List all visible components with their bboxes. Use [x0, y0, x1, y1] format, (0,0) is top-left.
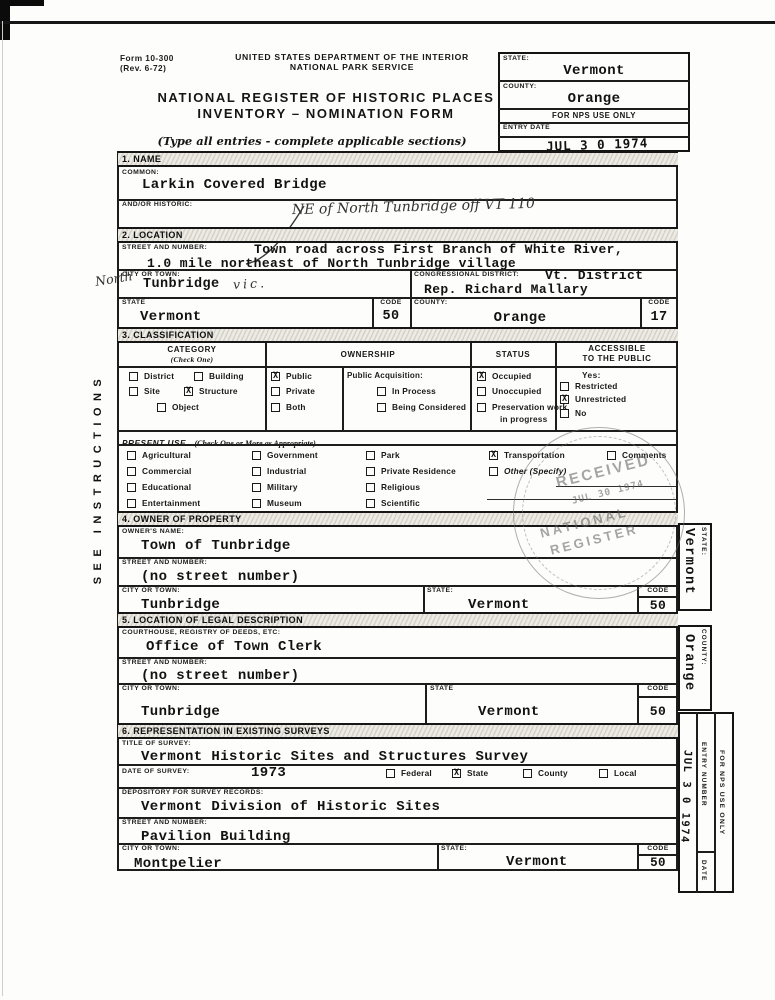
state-label: STATE — [430, 685, 454, 692]
checkbox — [366, 483, 375, 492]
city-handwritten-suffix: vic. — [233, 275, 268, 292]
rule-line — [637, 843, 639, 870]
nps-use-only-label: FOR NPS USE ONLY — [552, 111, 636, 120]
rule-line — [714, 712, 716, 893]
street-label: STREET AND NUMBER: — [122, 659, 207, 666]
rule-line — [425, 683, 427, 723]
code-label: CODE — [648, 299, 669, 306]
preservation-work-line2: in progress — [500, 414, 547, 424]
rule-line — [640, 297, 642, 327]
state-value: Vermont — [468, 597, 530, 613]
checkbox-being-considered: Being Considered — [377, 402, 466, 412]
checkbox: X — [452, 769, 461, 778]
district-value-line2: Rep. Richard Mallary — [424, 282, 588, 297]
owner-name-label: OWNER'S NAME: — [122, 528, 184, 535]
checkbox-religious: Religious — [366, 482, 420, 492]
rule-line — [696, 712, 698, 893]
checkbox-museum: Museum — [252, 498, 302, 508]
checkbox-site: Site — [129, 386, 160, 396]
rule-line — [265, 343, 267, 430]
city-value: Montpelier — [134, 856, 222, 872]
rule-line — [555, 343, 557, 430]
checkbox-county: County — [523, 768, 568, 778]
congressional-district-label: CONGRESSIONAL DISTRICT: — [414, 271, 519, 278]
rule-line — [372, 297, 374, 327]
city-label: CITY OR TOWN: — [122, 845, 180, 852]
checkbox-object: Object — [157, 402, 199, 412]
checkbox-park: Park — [366, 450, 400, 460]
section3-bar: 3. CLASSIFICATION — [118, 327, 678, 343]
category-header: CATEGORY — [167, 345, 216, 354]
checkbox: X — [560, 395, 569, 404]
section5-bar: 5. LOCATION OF LEGAL DESCRIPTION — [118, 612, 678, 628]
received-stamp: RECEIVED JUL 30 1974 NATIONAL REGISTER — [513, 427, 685, 599]
checkbox — [560, 382, 569, 391]
checkbox-military: Military — [252, 482, 298, 492]
status-header: STATUS — [496, 350, 530, 359]
scan-left-line — [2, 21, 3, 996]
access-yes-label: Yes: — [582, 370, 601, 380]
rule-line — [118, 683, 678, 685]
form-number: Form 10-300 — [120, 53, 174, 63]
code-value: 50 — [650, 598, 666, 613]
checkbox-district: District — [129, 371, 174, 381]
city-value: Tunbridge — [141, 597, 220, 613]
checkbox-private-residence: Private Residence — [366, 466, 456, 476]
accessible-header-line1: ACCESSIBLE — [588, 344, 646, 353]
city-handwritten-prefix: North — [94, 268, 133, 289]
state-value: Vermont — [506, 854, 568, 870]
checkbox — [599, 769, 608, 778]
state-label: STATE: — [427, 587, 453, 594]
entry-date-label: ENTRY DATE — [503, 124, 550, 131]
checkbox-structure: XStructure — [184, 386, 238, 396]
checkbox — [477, 403, 486, 412]
checkbox — [366, 451, 375, 460]
scan-artifact — [0, 0, 44, 6]
county-label: COUNTY: — [503, 83, 537, 90]
rule-line — [410, 297, 412, 327]
checkbox-state: XState — [452, 768, 488, 778]
checkbox-agricultural: Agricultural — [127, 450, 191, 460]
checkbox — [489, 467, 498, 476]
historic-label: AND/OR HISTORIC: — [122, 201, 193, 208]
checkbox — [127, 483, 136, 492]
form-title-line2: INVENTORY – NOMINATION FORM — [197, 106, 454, 121]
checkbox: X — [271, 372, 280, 381]
checkbox — [252, 451, 261, 460]
section6-bar: 6. REPRESENTATION IN EXISTING SURVEYS — [118, 723, 678, 739]
rule-line — [423, 585, 425, 612]
margin-state-label: STATE: — [700, 527, 707, 556]
checkbox — [129, 372, 138, 381]
form-instruction: (Type all entries - complete applicable … — [157, 134, 466, 148]
street-label: STREET AND NUMBER: — [122, 244, 207, 251]
rule-line — [118, 843, 678, 845]
checkbox — [366, 467, 375, 476]
code-label: CODE — [647, 685, 668, 692]
city-value: Tunbridge — [141, 704, 220, 720]
rule-line — [696, 851, 716, 853]
public-acquisition-label: Public Acquisition: — [347, 371, 423, 380]
survey-date-value: 1973 — [251, 765, 286, 781]
street-value: (no street number) — [141, 569, 299, 585]
checkbox-in-process: In Process — [377, 386, 436, 396]
checkbox — [377, 403, 386, 412]
checkbox — [127, 467, 136, 476]
rule-line — [637, 683, 639, 723]
checkbox — [252, 483, 261, 492]
section1-bar: 1. NAME — [118, 151, 678, 167]
checkbox — [252, 499, 261, 508]
checkbox — [127, 451, 136, 460]
checkbox — [523, 769, 532, 778]
checkbox-scientific: Scientific — [366, 498, 420, 508]
checkbox-preservation-work: Preservation work — [477, 402, 567, 412]
rule-line — [118, 366, 678, 368]
district-value-line1: Vt. District — [545, 268, 643, 283]
street-value: (no street number) — [141, 668, 299, 684]
checkbox-building: Building — [194, 371, 244, 381]
checkbox — [127, 499, 136, 508]
present-use-heading: PRESENT USE (Check One or More as Approp… — [122, 433, 316, 451]
checkbox — [129, 387, 138, 396]
street-label: STREET AND NUMBER: — [122, 559, 207, 566]
county-code-value: 17 — [650, 310, 667, 325]
county-label: COUNTY: — [414, 299, 448, 306]
form-title-line1: NATIONAL REGISTER OF HISTORIC PLACES — [157, 90, 494, 105]
rule-line — [498, 108, 690, 110]
checkbox-commercial: Commercial — [127, 466, 192, 476]
rule-line — [342, 366, 344, 430]
checkbox — [271, 403, 280, 412]
margin-county-label: COUNTY: — [700, 629, 707, 666]
checkbox — [252, 467, 261, 476]
dept-line2: NATIONAL PARK SERVICE — [290, 62, 414, 72]
depository-label: DEPOSITORY FOR SURVEY RECORDS: — [122, 789, 264, 796]
checkbox-no: No — [560, 408, 586, 418]
see-instructions-label: SEE INSTRUCTIONS — [88, 345, 106, 612]
code-label: CODE — [647, 845, 668, 852]
county-value: Orange — [568, 91, 621, 107]
code-value: 50 — [650, 704, 666, 719]
survey-date-label: DATE OF SURVEY: — [122, 768, 190, 775]
rule-line — [470, 343, 472, 430]
checkbox-occupied: XOccupied — [477, 371, 531, 381]
checkbox — [377, 387, 386, 396]
depository-value: Vermont Division of Historic Sites — [141, 799, 440, 815]
checkbox: X — [184, 387, 193, 396]
category-subheader: (Check One) — [171, 355, 214, 364]
checkbox — [194, 372, 203, 381]
entry-number-label: ENTRY NUMBER — [700, 742, 707, 807]
checkbox-federal: Federal — [386, 768, 432, 778]
city-label: CITY OR TOWN: — [122, 587, 180, 594]
margin-date-label: DATE — [700, 860, 707, 881]
state-label: STATE: — [503, 55, 529, 62]
nps-use-only-vertical-label: FOR NPS USE ONLY — [718, 750, 725, 835]
survey-title-value: Vermont Historic Sites and Structures Su… — [141, 749, 528, 765]
checkbox-entertainment: Entertainment — [127, 498, 200, 508]
code-value: 50 — [650, 856, 666, 870]
checkbox — [386, 769, 395, 778]
state-value: Vermont — [478, 704, 540, 720]
checkbox: X — [489, 451, 498, 460]
checkbox-private: Private — [271, 386, 315, 396]
survey-title-label: TITLE OF SURVEY: — [122, 740, 191, 747]
scanned-nomination-form: Form 10-300 (Rev. 6-72) UNITED STATES DE… — [0, 0, 775, 1000]
rule-line — [410, 269, 412, 297]
state-value: Vermont — [563, 63, 625, 79]
street-label: STREET AND NUMBER: — [122, 819, 207, 826]
checkbox — [157, 403, 166, 412]
state-value: Vermont — [140, 309, 202, 325]
checkbox-local: Local — [599, 768, 637, 778]
city-label: CITY OR TOWN: — [122, 685, 180, 692]
common-label: COMMON: — [122, 169, 159, 176]
rule-line — [437, 843, 439, 870]
checkbox — [560, 409, 569, 418]
checkbox-industrial: Industrial — [252, 466, 306, 476]
checkbox — [477, 387, 486, 396]
state-code-value: 50 — [382, 309, 399, 324]
checkbox-unrestricted: XUnrestricted — [560, 394, 626, 404]
courthouse-label: COURTHOUSE, REGISTRY OF DEEDS, ETC: — [122, 629, 281, 636]
courthouse-value: Office of Town Clerk — [146, 639, 322, 655]
checkbox-both: Both — [271, 402, 306, 412]
form-revision: (Rev. 6-72) — [120, 63, 166, 73]
checkbox — [366, 499, 375, 508]
common-value: Larkin Covered Bridge — [142, 177, 327, 193]
city-value: Tunbridge — [143, 277, 220, 292]
dept-line1: UNITED STATES DEPARTMENT OF THE INTERIOR — [235, 52, 469, 62]
rule-line — [637, 696, 678, 698]
checkbox-public: XPublic — [271, 371, 312, 381]
checkbox-restricted: Restricted — [560, 381, 618, 391]
checkbox-government: Government — [252, 450, 318, 460]
margin-county-value: Orange — [681, 634, 696, 692]
rule-line — [118, 764, 678, 766]
checkbox: X — [477, 372, 486, 381]
checkbox — [271, 387, 280, 396]
county-value: Orange — [494, 310, 547, 326]
checkbox-educational: Educational — [127, 482, 191, 492]
scan-top-line — [0, 21, 775, 24]
rule-line — [498, 80, 690, 82]
ownership-header: OWNERSHIP — [341, 350, 396, 359]
street-value-line1: Town road across First Branch of White R… — [254, 242, 623, 257]
code-label: CODE — [380, 299, 401, 306]
state-label: STATE: — [441, 845, 467, 852]
accessible-header-line2: TO THE PUBLIC — [583, 354, 652, 363]
owner-name-value: Town of Tunbridge — [141, 538, 291, 554]
checkbox-unoccupied: Unoccupied — [477, 386, 541, 396]
state-label: STATE — [122, 299, 146, 306]
section2-bar: 2. LOCATION — [118, 227, 678, 243]
